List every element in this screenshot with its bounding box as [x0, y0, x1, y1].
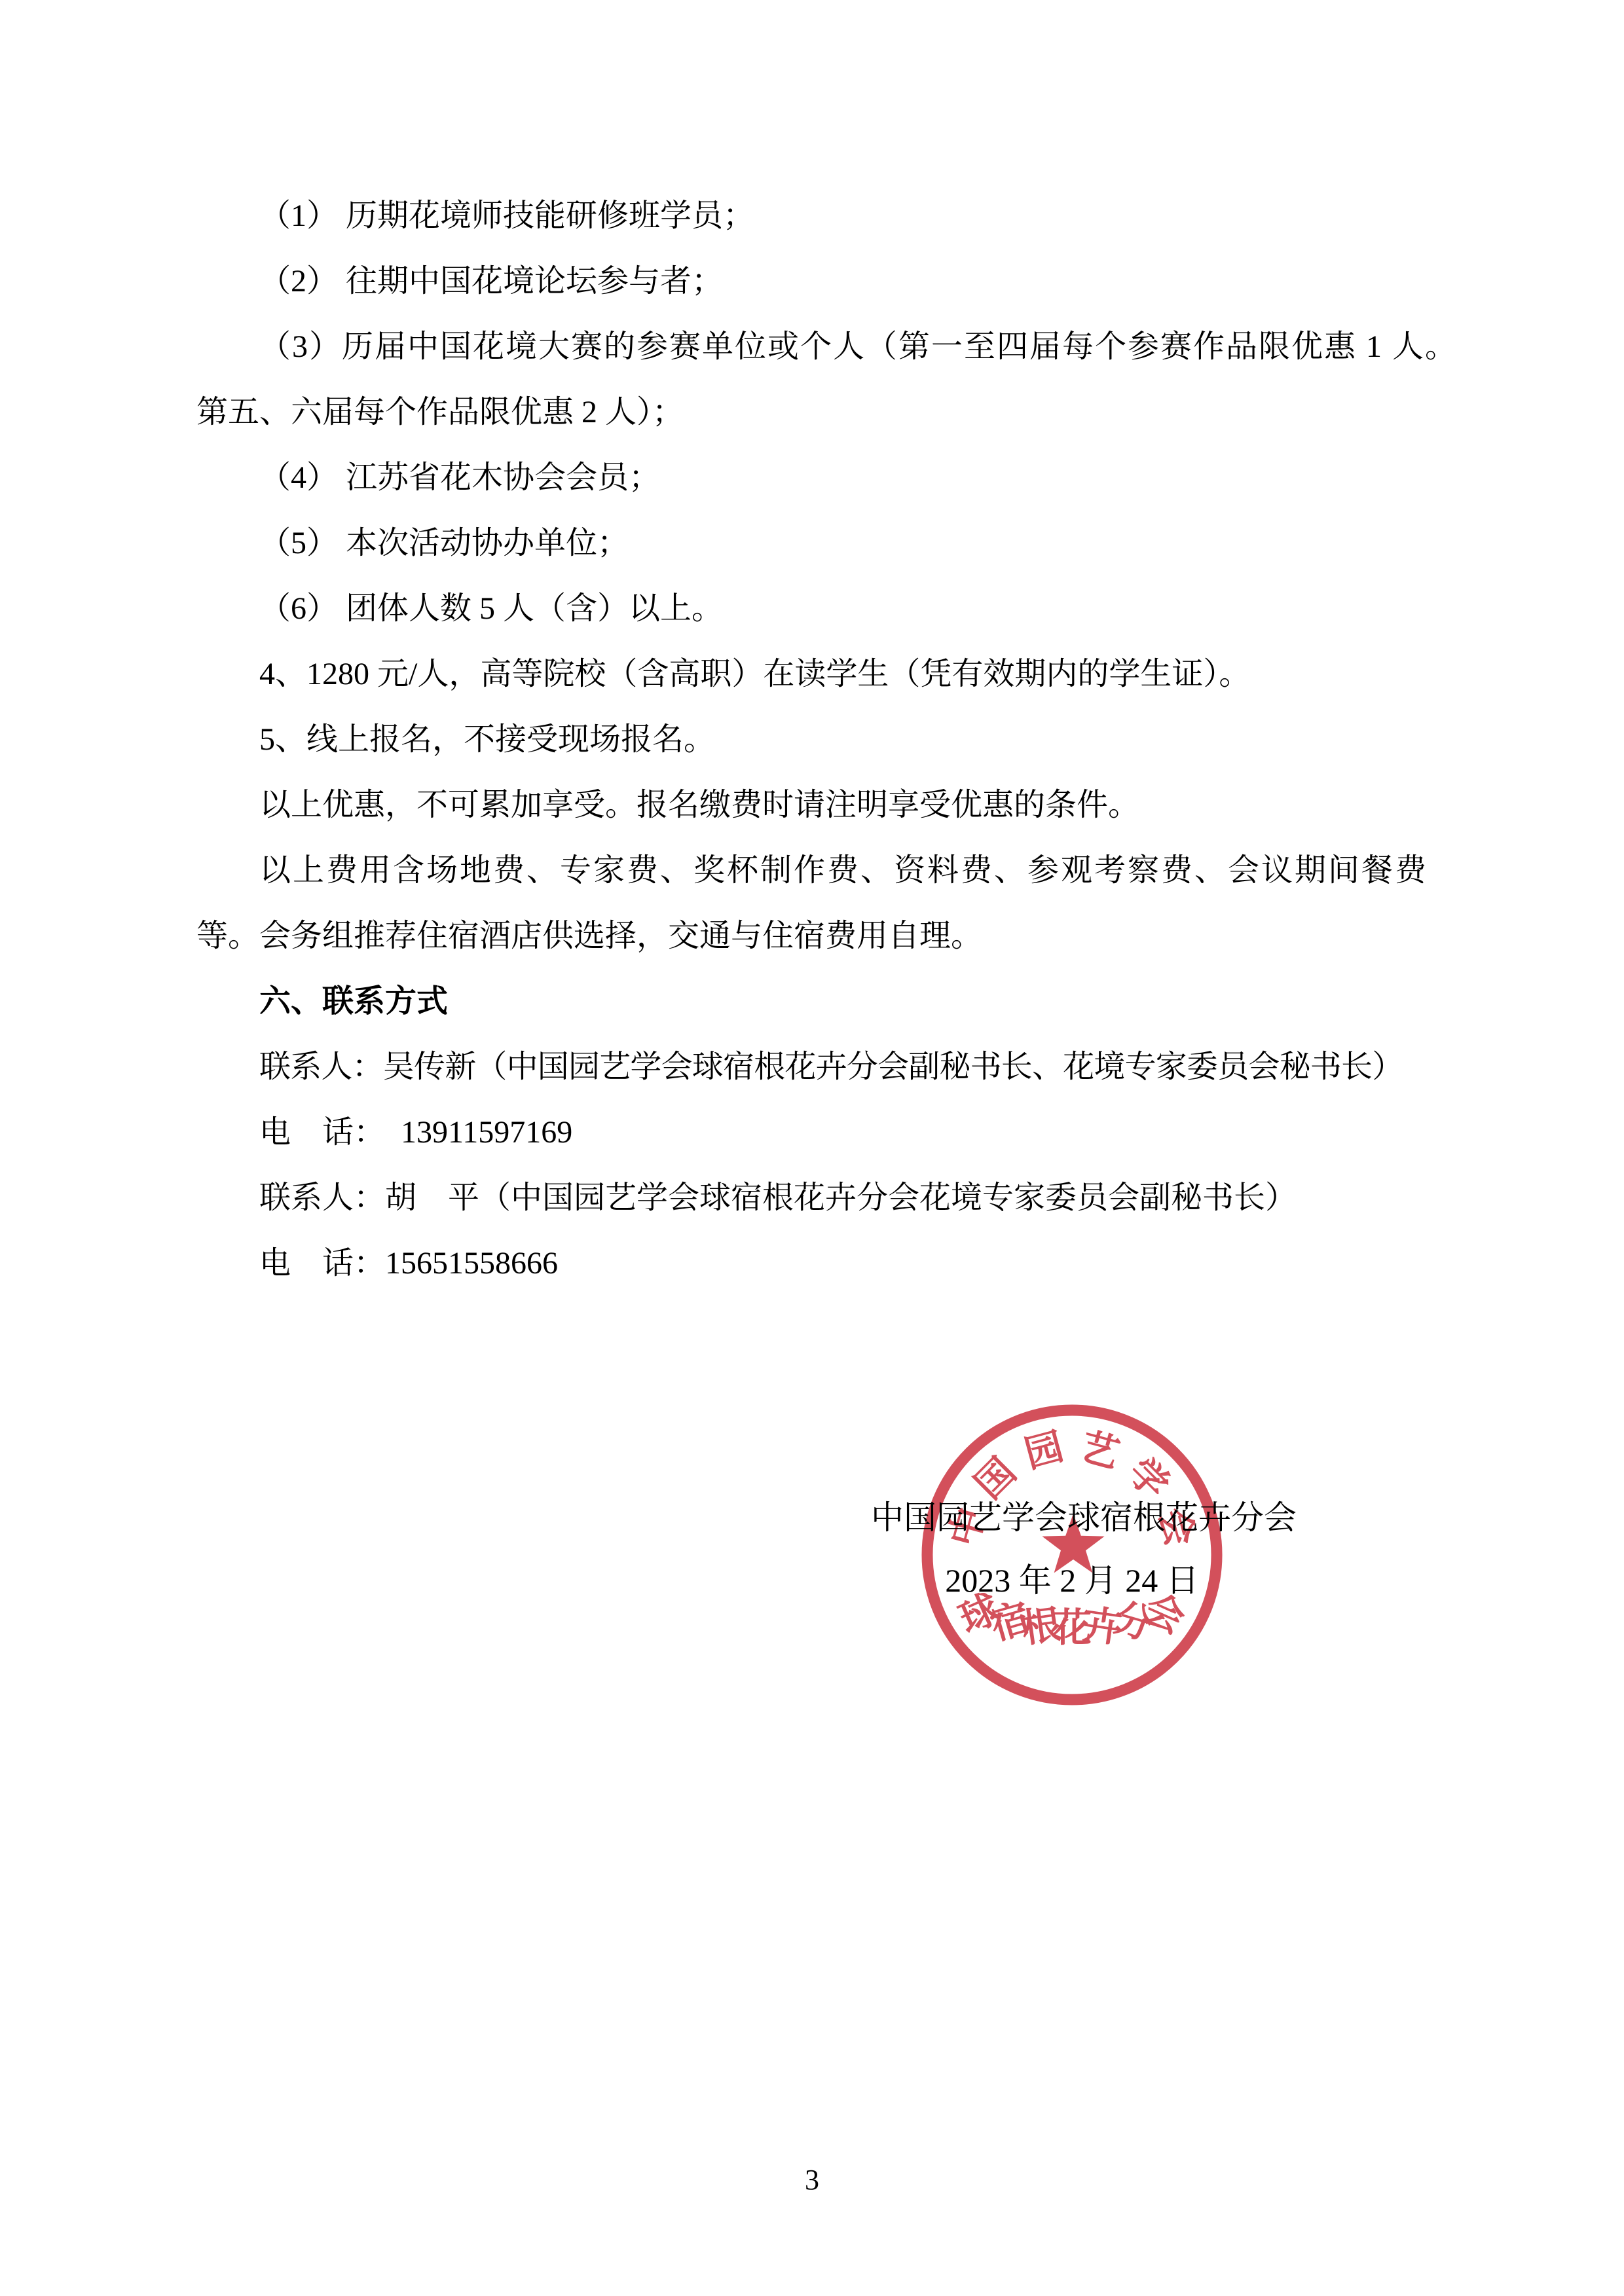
fee-coverage-line: 以上费用含场地费、专家费、奖杯制作费、资料费、参观考察费、会议期间餐费 [196, 838, 1444, 903]
contact-section-heading: 六、联系方式 [196, 969, 1444, 1034]
discount-item-3: （3）历届中国花境大赛的参赛单位或个人（第一至四届每个参赛作品限优惠 1 人。 [196, 314, 1444, 380]
note-no-stacking: 以上优惠，不可累加享受。报名缴费时请注明享受优惠的条件。 [196, 773, 1444, 838]
document-page: （1） 历期花境师技能研修班学员； （2） 往期中国花境论坛参与者； （3）历届… [0, 0, 1624, 2296]
phone-number-2: 电 话：15651558666 [196, 1231, 1444, 1296]
signature-organization: 中国园艺学会球宿根花卉分会 [868, 1486, 1300, 1549]
contact-person-1: 联系人：吴传新（中国园艺学会球宿根花卉分会副秘书长、花境专家委员会秘书长） [196, 1034, 1444, 1100]
fee-coverage-continuation: 等。会务组推荐住宿酒店供选择，交通与住宿费用自理。 [196, 903, 1444, 969]
discount-item-6: （6） 团体人数 5 人（含）以上。 [196, 576, 1444, 642]
document-body: （1） 历期花境师技能研修班学员； （2） 往期中国花境论坛参与者； （3）历届… [196, 183, 1444, 1296]
discount-item-3-continuation: 第五、六届每个作品限优惠 2 人）； [196, 380, 1444, 445]
signature-date: 2023 年 2 月 24 日 [868, 1549, 1300, 1612]
fee-item-4: 4、1280 元/人，高等院校（含高职）在读学生（凭有效期内的学生证）。 [196, 642, 1444, 707]
signature-block: 中国园艺学会球宿根花卉分会 2023 年 2 月 24 日 [868, 1486, 1300, 1612]
discount-item-5: （5） 本次活动协办单位； [196, 511, 1444, 576]
seal-character: 艺 [1076, 1425, 1124, 1476]
page-number: 3 [0, 2160, 1624, 2200]
discount-item-1: （1） 历期花境师技能研修班学员； [196, 183, 1444, 249]
discount-item-4: （4） 江苏省花木协会会员； [196, 445, 1444, 511]
phone-number-1: 电 话： 13911597169 [196, 1100, 1444, 1165]
fee-item-5: 5、线上报名，不接受现场报名。 [196, 707, 1444, 773]
contact-person-2: 联系人：胡 平（中国园艺学会球宿根花卉分会花境专家委员会副秘书长） [196, 1165, 1444, 1231]
discount-item-2: （2） 往期中国花境论坛参与者； [196, 249, 1444, 314]
seal-character: 园 [1020, 1425, 1068, 1476]
